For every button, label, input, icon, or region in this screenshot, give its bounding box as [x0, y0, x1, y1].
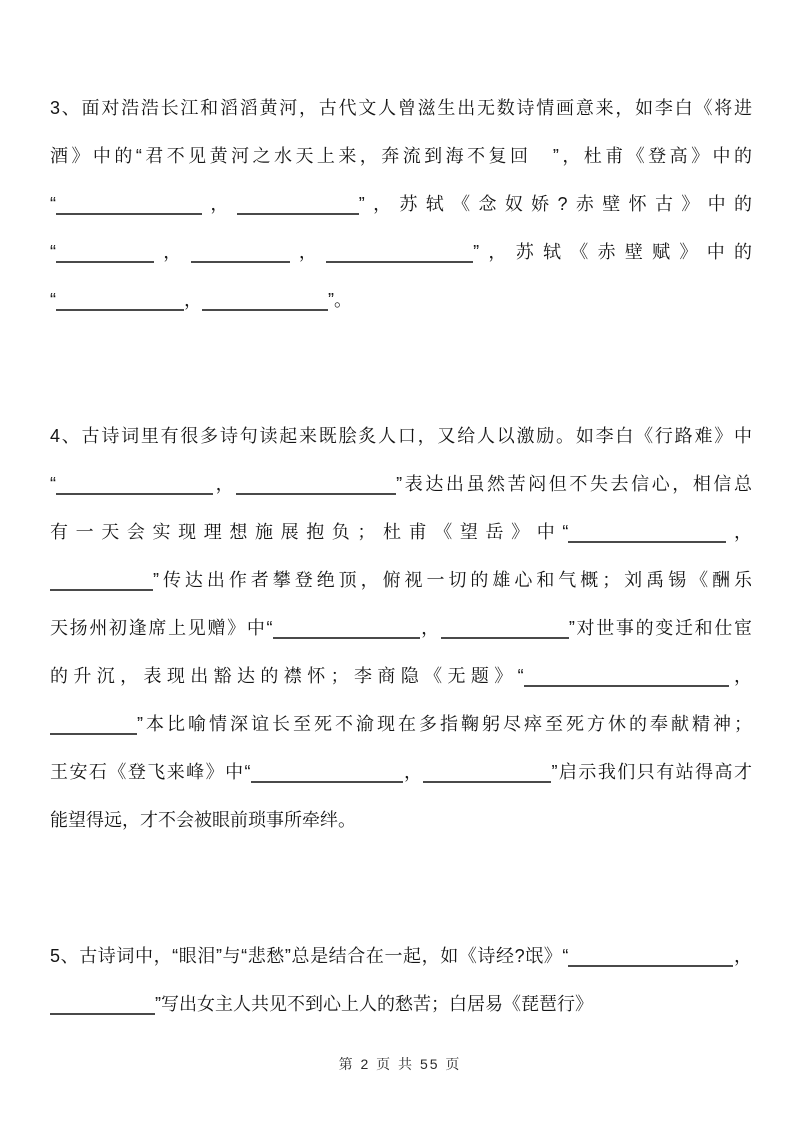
question-text: “ [50, 194, 56, 214]
answer-blank [56, 309, 184, 311]
answer-blank [251, 781, 403, 783]
question-text: 有一天会实现理想施展抱负；杜甫《望岳》中“ [50, 522, 568, 542]
question-text: 酒》中的“君不见黄河之水天上来，奔流到海不复回 ”，杜甫《登高》中的 [50, 146, 752, 166]
question-line: 4、古诗词里有很多诗句读起来既脍炙人口，又给人以激励。如李白《行路难》中 [50, 412, 752, 460]
question-text: 的升沉，表现出豁达的襟怀；李商隐《无题》“ [50, 666, 524, 686]
question-text: ， [420, 618, 441, 638]
question-text: ”。 [328, 290, 352, 310]
question-3: 3、面对浩浩长江和滔滔黄河，古代文人曾滋生出无数诗情画意来，如李白《将进 酒》中… [50, 84, 752, 324]
question-text: ”，苏轼《念奴娇?赤壁怀古》中的 [359, 194, 752, 214]
question-text: ， [213, 474, 236, 494]
question-text: ”传达出作者攀登绝顶，俯视一切的雄心和气概；刘禹锡《酬乐 [153, 570, 752, 590]
question-text: ”写出女主人共见不到心上人的愁苦；白居易《琵琶行》 [155, 994, 593, 1014]
question-text: 4、古诗词里有很多诗句读起来既脍炙人口，又给人以激励。如李白《行路难》中 [50, 426, 752, 446]
answer-blank [56, 213, 202, 215]
question-text: ， [202, 194, 237, 214]
question-text: ”对世事的变迁和仕宦 [569, 618, 752, 638]
question-line: 5、古诗词中，“眼泪”与“悲愁”总是结合在一起，如《诗经?氓》“， [50, 932, 752, 980]
answer-blank [50, 1013, 155, 1015]
question-text: ， [403, 762, 424, 782]
question-line: 王安石《登飞来峰》中“，”启示我们只有站得高才 [50, 748, 752, 796]
answer-blank [568, 541, 726, 543]
answer-blank [423, 781, 551, 783]
question-text: ， [154, 242, 191, 262]
question-text: 能望得远，才不会被眼前琐事所牵绊。 [50, 810, 356, 830]
question-line: “，”表达出虽然苦闷但不失去信心，相信总 [50, 460, 752, 508]
question-line: ”传达出作者攀登绝顶，俯视一切的雄心和气概；刘禹锡《酬乐 [50, 556, 752, 604]
question-text: 5、古诗词中，“眼泪”与“悲愁”总是结合在一起，如《诗经?氓》“ [50, 946, 568, 966]
answer-blank [441, 637, 569, 639]
question-line: “，”。 [50, 276, 752, 324]
question-line: 3、面对浩浩长江和滔滔黄河，古代文人曾滋生出无数诗情画意来，如李白《将进 [50, 84, 752, 132]
question-text: “ [50, 290, 56, 310]
question-text: ”本比喻情深谊长至死不渝现在多指鞠躬尽瘁至死方休的奉献精神； [137, 714, 752, 734]
question-line: 能望得远，才不会被眼前琐事所牵绊。 [50, 796, 752, 844]
question-text: 王安石《登飞来峰》中“ [50, 762, 251, 782]
answer-blank [50, 589, 153, 591]
question-text: ”启示我们只有站得高才 [551, 762, 752, 782]
answer-blank [568, 965, 733, 967]
answer-blank [524, 685, 729, 687]
question-line: 有一天会实现理想施展抱负；杜甫《望岳》中“， [50, 508, 752, 556]
page-number-text: 第 2 页 共 55 页 [339, 1056, 462, 1072]
question-line: “，”，苏轼《念奴娇?赤壁怀古》中的 [50, 180, 752, 228]
answer-blank [191, 261, 290, 263]
answer-blank [237, 213, 359, 215]
question-5: 5、古诗词中，“眼泪”与“悲愁”总是结合在一起，如《诗经?氓》“， ”写出女主人… [50, 932, 752, 1028]
answer-blank [56, 261, 154, 263]
question-text: ， [290, 242, 327, 262]
question-line: 酒》中的“君不见黄河之水天上来，奔流到海不复回 ”，杜甫《登高》中的 [50, 132, 752, 180]
question-line: 的升沉，表现出豁达的襟怀；李商隐《无题》“， [50, 652, 752, 700]
question-text: ， [729, 666, 752, 686]
answer-blank [56, 493, 213, 495]
question-text: “ [50, 242, 56, 262]
answer-blank [236, 493, 396, 495]
question-text: ”，苏轼《赤壁赋》中的 [473, 242, 752, 262]
question-line: 天扬州初逢席上见赠》中“，”对世事的变迁和仕宦 [50, 604, 752, 652]
question-4: 4、古诗词里有很多诗句读起来既脍炙人口，又给人以激励。如李白《行路难》中 “，”… [50, 412, 752, 844]
document-content: 3、面对浩浩长江和滔滔黄河，古代文人曾滋生出无数诗情画意来，如李白《将进 酒》中… [50, 84, 752, 1028]
question-text: “ [50, 474, 56, 494]
question-text: 3、面对浩浩长江和滔滔黄河，古代文人曾滋生出无数诗情画意来，如李白《将进 [50, 98, 752, 118]
answer-blank [50, 733, 137, 735]
question-text: 天扬州初逢席上见赠》中“ [50, 618, 273, 638]
question-text: ， [733, 946, 752, 966]
question-line: ”写出女主人共见不到心上人的愁苦；白居易《琵琶行》 [50, 980, 752, 1028]
document-page: 3、面对浩浩长江和滔滔黄河，古代文人曾滋生出无数诗情画意来，如李白《将进 酒》中… [0, 0, 800, 1132]
question-text: ， [184, 290, 202, 310]
answer-blank [273, 637, 420, 639]
question-text: ”表达出虽然苦闷但不失去信心，相信总 [396, 474, 752, 494]
page-footer: 第 2 页 共 55 页 [0, 1054, 800, 1074]
question-line: ”本比喻情深谊长至死不渝现在多指鞠躬尽瘁至死方休的奉献精神； [50, 700, 752, 748]
question-text: ， [726, 522, 752, 542]
answer-blank [202, 309, 328, 311]
answer-blank [326, 261, 473, 263]
question-line: “，，”，苏轼《赤壁赋》中的 [50, 228, 752, 276]
